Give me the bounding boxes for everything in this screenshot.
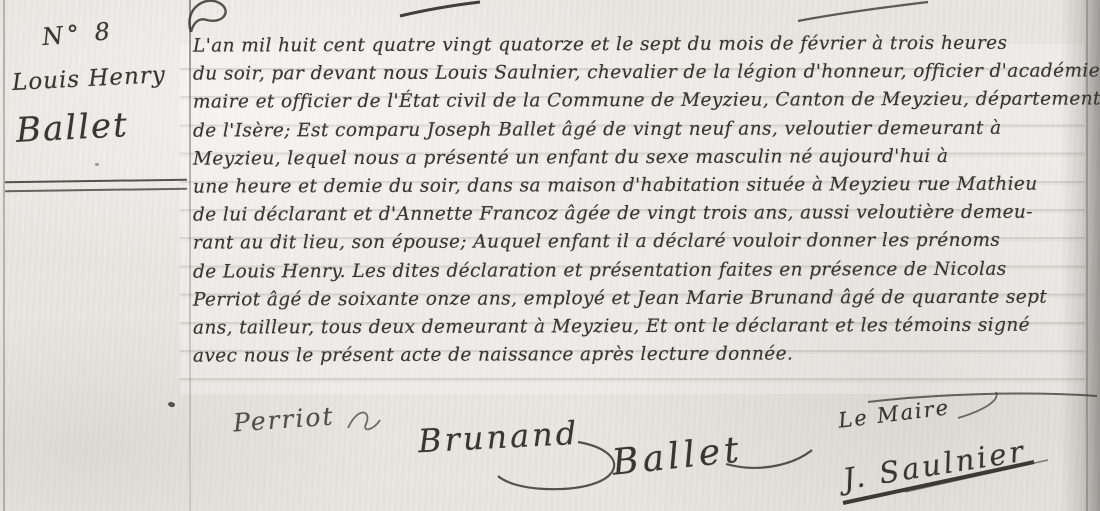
margin-given-names: Louis Henry	[11, 62, 166, 96]
record-line-4: de l'Isère; Est comparu Joseph Ballet âg…	[193, 114, 1093, 145]
record-line-10: Perriot âgé de soixante onze ans, employ…	[193, 283, 1093, 314]
perriot-paraph-icon	[348, 413, 380, 430]
record-number: N° 8	[41, 17, 115, 51]
top-right-stroke-icon	[798, 2, 928, 21]
record-line-7: de lui déclarant et d'Annette Francoz âg…	[193, 199, 1093, 230]
margin-divider-line	[189, 0, 191, 511]
signature-ballet: Ballet	[610, 429, 744, 483]
signature-saulnier: J. Saulnier	[840, 434, 1028, 497]
margin-double-rule	[5, 179, 187, 193]
record-line-11: ans, tailleur, tous deux demeurant à Mey…	[193, 311, 1093, 342]
record-line-5: Meyzieu, lequel nous a présenté un enfan…	[193, 142, 1093, 173]
mayor-title: Le Maire	[837, 395, 951, 433]
top-dash-stroke-icon	[400, 2, 480, 16]
record-line-9: de Louis Henry. Les dites déclaration et…	[193, 255, 1093, 286]
record-line-3: maire et officier de l'État civil de la …	[193, 86, 1093, 117]
record-line-6: une heure et demie du soir, dans sa mais…	[193, 170, 1093, 201]
ink-speck	[167, 401, 175, 408]
page-left-edge	[3, 0, 5, 511]
signature-perriot: Perriot	[232, 401, 335, 437]
margin-surname: Ballet	[15, 105, 130, 151]
record-text: L'an mil huit cent quatre vingt quatorze…	[193, 31, 1093, 369]
record-line-1: L'an mil huit cent quatre vingt quatorze…	[193, 29, 1093, 60]
record-line-2: du soir, par devant nous Louis Saulnier,…	[193, 58, 1093, 89]
record-line-8: rant au dit lieu, son épouse; Auquel enf…	[193, 227, 1093, 258]
maire-swash-icon	[958, 392, 997, 418]
ink-speck	[95, 163, 99, 166]
document-page: N° 8 Louis Henry Ballet L'an mil huit ce…	[0, 0, 1100, 511]
signature-brunand: Brunand	[417, 414, 580, 460]
record-line-12: avec nous le présent acte de naissance a…	[193, 339, 1093, 370]
paraph-loop-icon	[189, 1, 225, 32]
